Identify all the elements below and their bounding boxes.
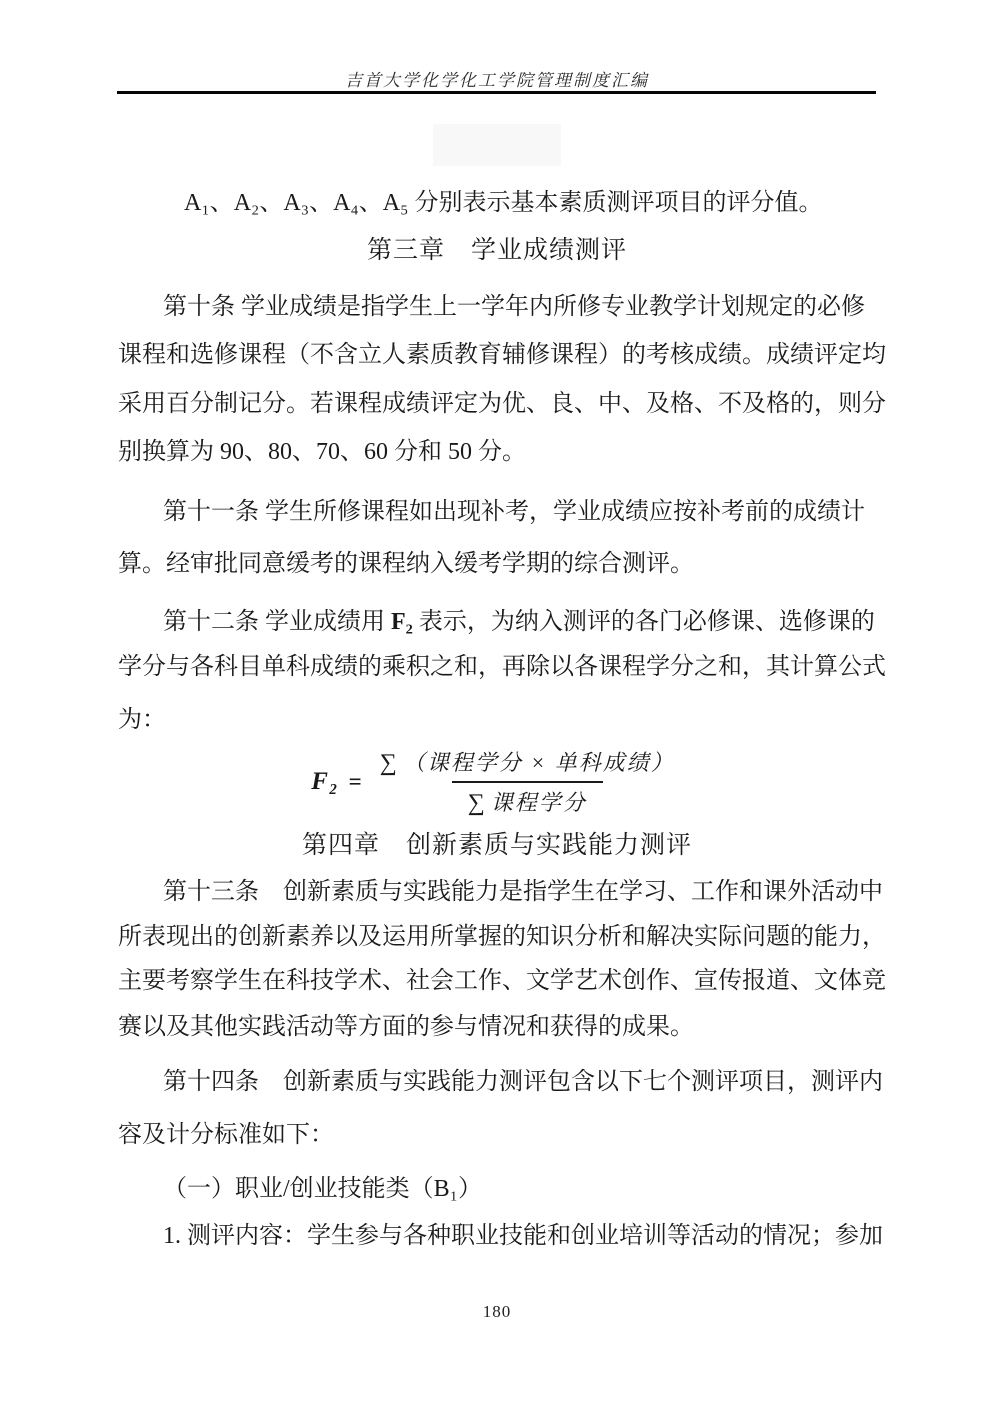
formula-denominator: ∑课程学分 <box>452 781 603 817</box>
chapter-3-heading: 第三章 学业成绩测评 <box>118 235 876 266</box>
item-1-line: 1. 测评内容：学生参与各种职业技能和创业培训等活动的情况；参加 <box>118 1221 876 1251</box>
formula-equals-sign: = <box>349 769 362 795</box>
formula-denominator-text: 课程学分 <box>491 790 587 815</box>
formula: F₂ = ∑（课程学分 × 单科成绩） ∑课程学分 <box>118 746 876 817</box>
intro-line: A₁、A₂、A₃、A₄、A₅ 分别表示基本素质测评项目的评分值。 <box>118 188 876 218</box>
article-13-line-2: 所表现出的创新素养以及运用所掌握的知识分析和解决实际问题的能力， <box>118 922 876 952</box>
page-number: 180 <box>118 1302 876 1322</box>
article-11-line-1: 第十一条 学生所修课程如出现补考，学业成绩应按补考前的成绩计 <box>118 497 876 527</box>
article-11-line-2: 算。经审批同意缓考的课程纳入缓考学期的综合测评。 <box>118 549 876 579</box>
article-12-line-1: 第十二条 学业成绩用 F₂ 表示，为纳入测评的各门必修课、选修课的 <box>118 607 876 637</box>
article-12-line-1-post: 表示，为纳入测评的各门必修课、选修课的 <box>413 609 875 635</box>
formula-lhs: F₂ <box>311 768 338 796</box>
formula-numerator-text: （课程学分 × 单科成绩） <box>403 750 675 775</box>
scan-artifact <box>433 124 561 166</box>
document-page: 吉首大学化学化工学院管理制度汇编 A₁、A₂、A₃、A₄、A₅ 分别表示基本素质… <box>0 0 992 1403</box>
article-14-line-1: 第十四条 创新素质与实践能力测评包含以下七个测评项目，测评内 <box>118 1067 876 1097</box>
article-10-line-1: 第十条 学业成绩是指学生上一学年内所修专业教学计划规定的必修 <box>118 292 876 322</box>
formula-fraction: ∑（课程学分 × 单科成绩） ∑课程学分 <box>372 746 683 817</box>
chapter-4-heading: 第四章 创新素质与实践能力测评 <box>118 830 876 861</box>
article-10-line-2: 课程和选修课程（不含立人素质教育辅修课程）的考核成绩。成绩评定均 <box>118 340 876 370</box>
header-rule <box>117 91 876 94</box>
article-12-line-1-pre: 第十二条 学业成绩用 <box>163 609 391 635</box>
formula-numerator: ∑（课程学分 × 单科成绩） <box>372 746 683 779</box>
sigma-symbol: ∑ <box>468 790 491 816</box>
article-13-line-1: 第十三条 创新素质与实践能力是指学生在学习、工作和课外活动中 <box>118 877 876 907</box>
article-12-line-3: 为： <box>118 705 876 735</box>
item-b1-line: （一）职业/创业技能类（B₁） <box>118 1174 876 1204</box>
article-13-line-4: 赛以及其他实践活动等方面的参与情况和获得的成果。 <box>118 1012 876 1042</box>
sigma-symbol: ∑ <box>380 750 403 776</box>
page-header: 吉首大学化学化工学院管理制度汇编 <box>118 66 876 91</box>
article-13-line-3: 主要考察学生在科技学术、社会工作、文学艺术创作、宣传报道、文体竞 <box>118 966 876 996</box>
article-10-line-4: 别换算为 90、80、70、60 分和 50 分。 <box>118 437 876 467</box>
article-10-line-3: 采用百分制记分。若课程成绩评定为优、良、中、及格、不及格的，则分 <box>118 389 876 419</box>
article-12-line-2: 学分与各科目单科成绩的乘积之和，再除以各课程学分之和，其计算公式 <box>118 652 876 682</box>
f2-symbol: F₂ <box>391 609 413 635</box>
article-14-line-2: 容及计分标准如下： <box>118 1120 876 1150</box>
